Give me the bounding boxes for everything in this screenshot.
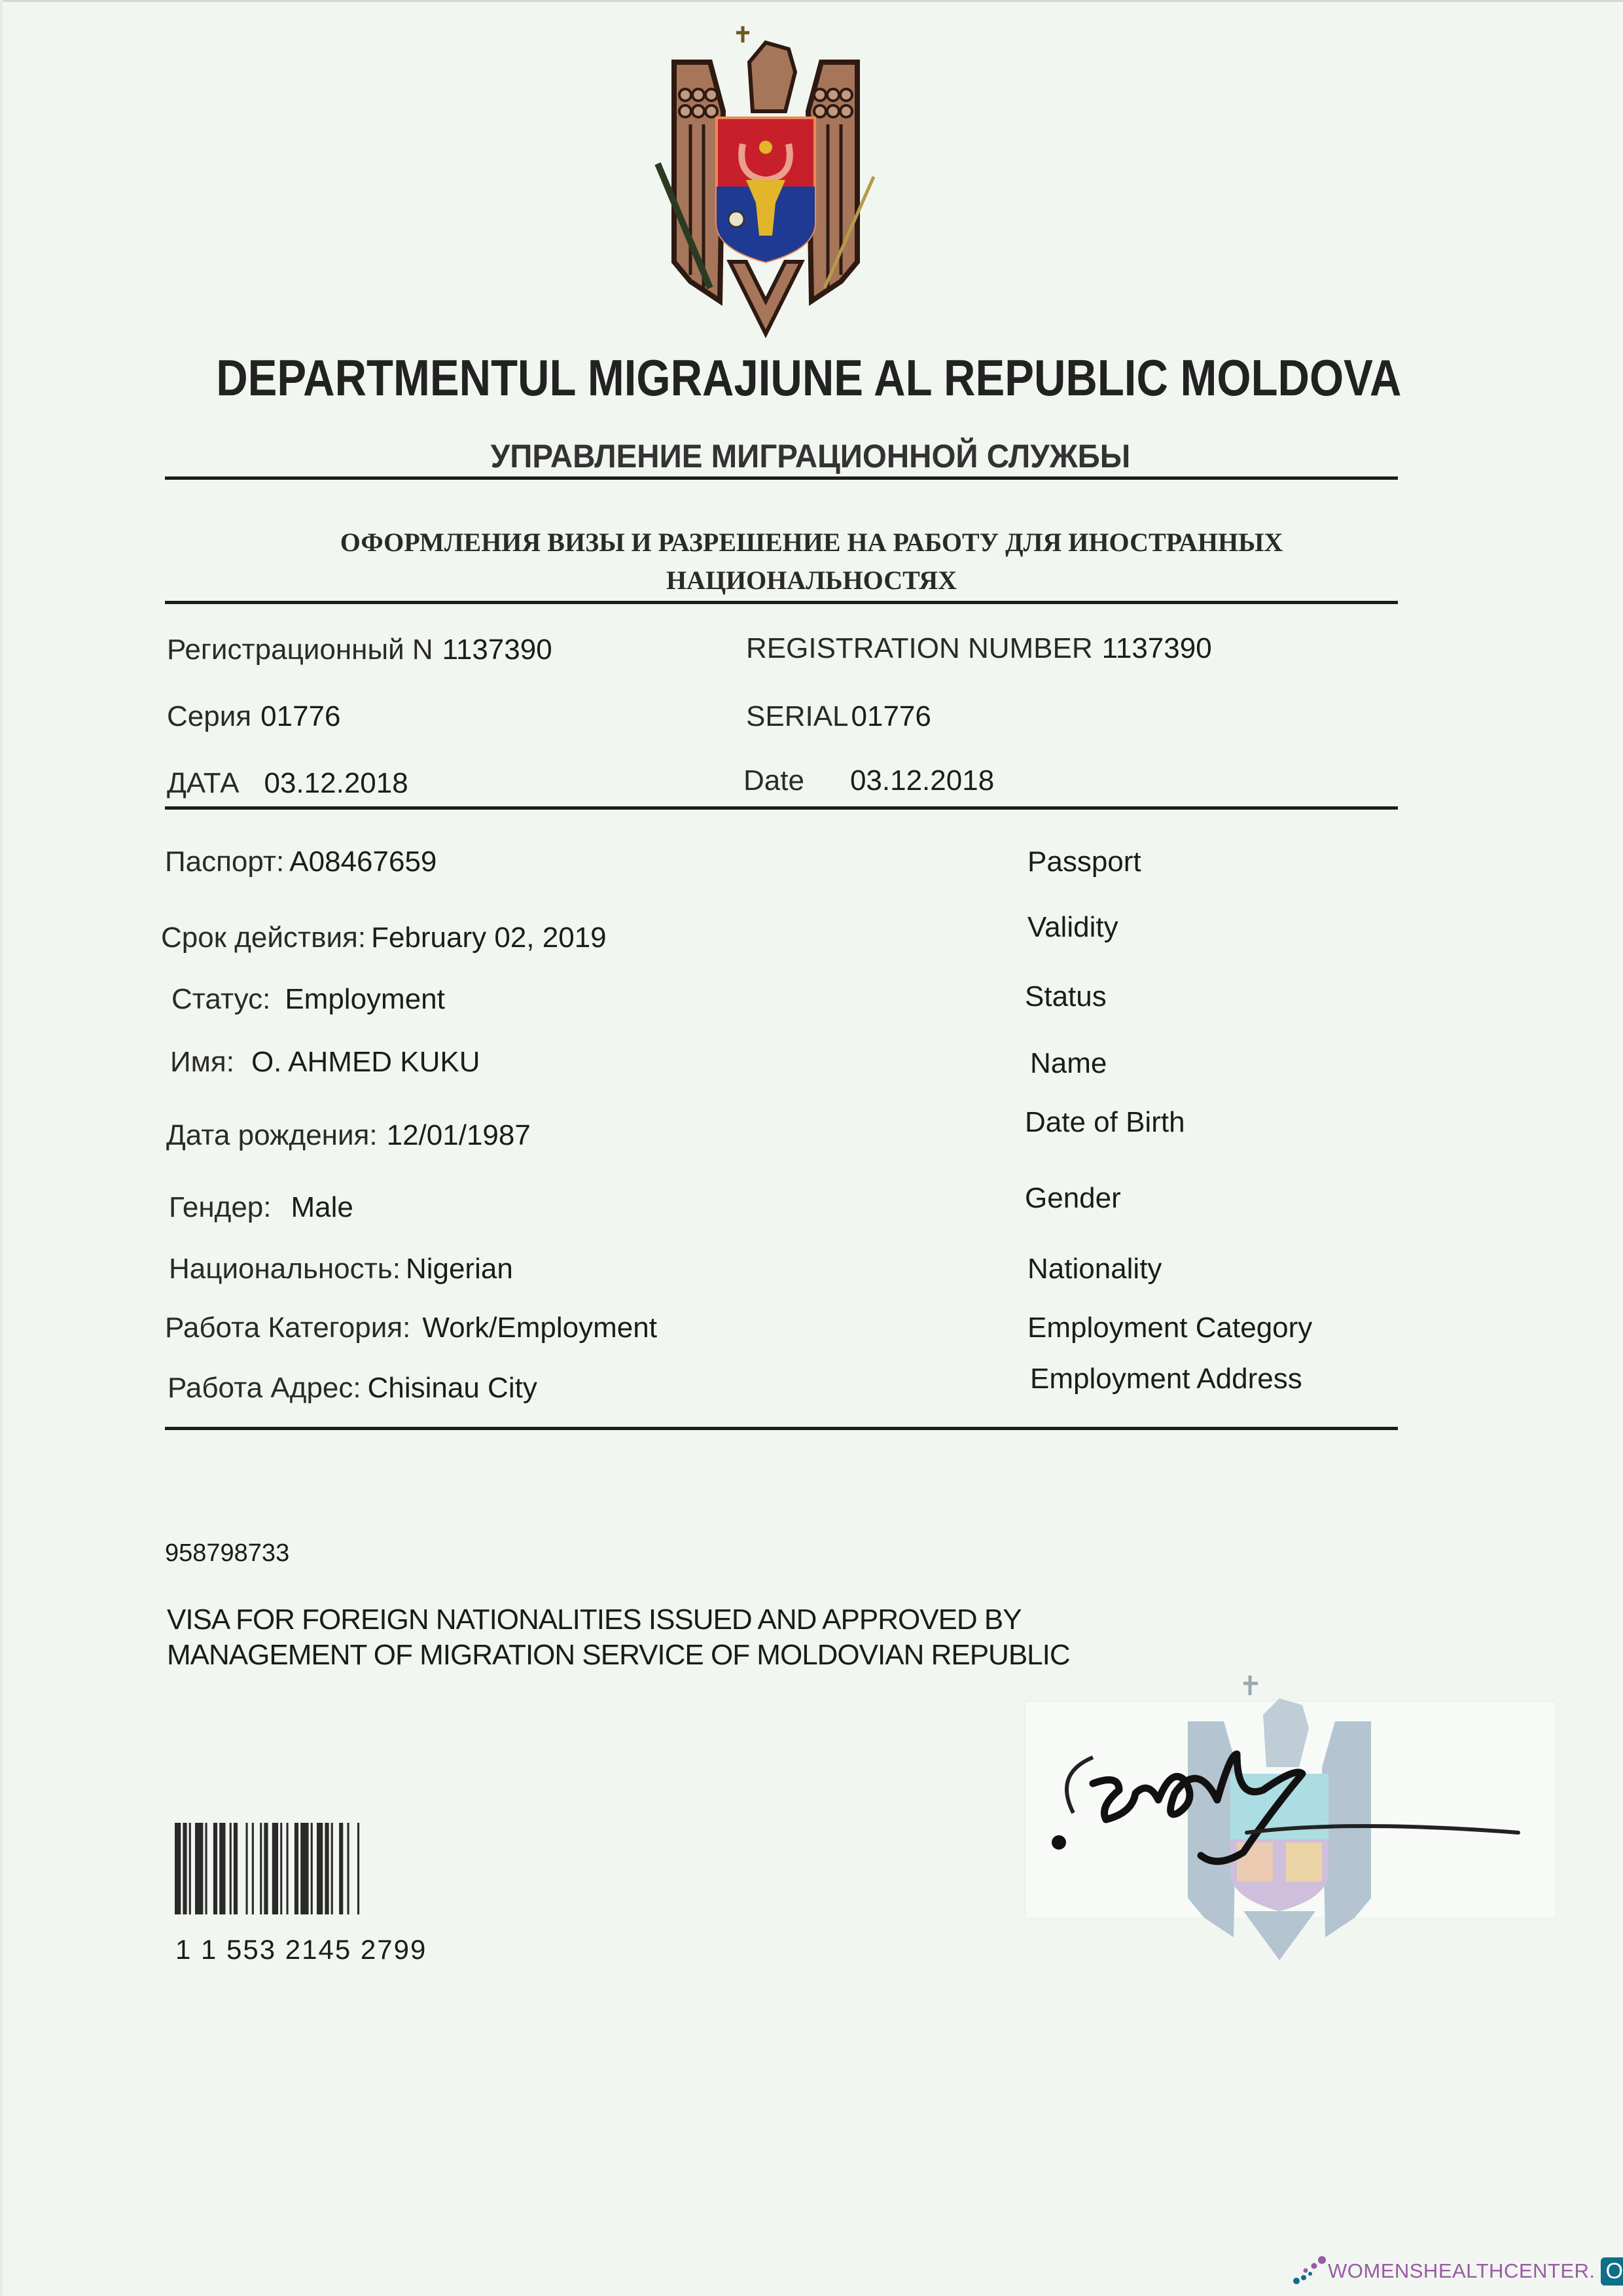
service-subtitle: УПРАВЛЕНИЕ МИГРАЦИОННОЙ СЛУЖБЫ [40,437,1582,475]
field-label: Работа Категория: [165,1312,410,1344]
page-edge [0,0,3,2296]
field-value: 03.12.2018 [850,764,994,797]
date-en: Date03.12.2018 [743,764,994,797]
registration-number-ru: Регистрационный N1137390 [167,634,552,666]
passport-field: Паспорт:A08467659 [165,846,437,878]
field-value: 01776 [260,700,340,732]
divider [165,601,1398,604]
field-value: Chisinau City [368,1372,537,1404]
field-value: Male [291,1191,353,1223]
field-value: 03.12.2018 [264,767,408,799]
date-of-birth-field: Дата рождения:12/01/1987 [166,1119,531,1152]
date-of-birth-label-en: Date of Birth [1025,1106,1185,1139]
divider [165,476,1398,480]
purpose-line: ОФОРМЛЕНИЯ ВИЗЫ И РАЗРЕШЕНИЕ НА РАБОТУ Д… [0,524,1623,562]
serial-ru: Серия01776 [167,700,340,733]
field-label: ДАТА [167,767,239,799]
field-label: Дата рождения: [166,1119,378,1151]
gender-field: Гендер:Male [169,1191,353,1224]
statement-line: MANAGEMENT OF MIGRATION SERVICE OF MOLDO… [167,1638,1070,1673]
watermark: WOMENSHEALTHCENTER. ORG [1293,2251,1623,2291]
dots-logo-icon [1293,2255,1327,2287]
field-value: 1137390 [442,634,552,666]
field-value: Nigerian [406,1253,513,1285]
signature-icon [1021,1728,1551,1878]
field-label: SERIAL [746,700,849,732]
field-label: Имя: [170,1046,234,1078]
validity-label-en: Validity [1027,911,1118,944]
employment-category-field: Работа Категория:Work/Employment [165,1312,657,1344]
divider [165,806,1398,810]
barcode-icon [173,1823,438,1914]
name-label-en: Name [1030,1047,1107,1080]
nationality-field: Национальность:Nigerian [169,1253,513,1285]
field-label: Паспорт: [165,846,284,878]
watermark-badge: ORG [1601,2257,1623,2286]
field-value: O. AHMED KUKU [251,1046,480,1078]
field-label: Статус: [171,983,270,1015]
moldova-coat-of-arms-icon [638,13,893,347]
registration-number-en: REGISTRATION NUMBER1137390 [746,632,1212,665]
purpose-heading: ОФОРМЛЕНИЯ ВИЗЫ И РАЗРЕШЕНИЕ НА РАБОТУ Д… [0,524,1623,600]
field-value: 1137390 [1102,632,1212,664]
field-label: Срок действия: [161,922,366,954]
field-label: Регистрационный N [167,634,433,666]
field-label: Гендер: [169,1191,272,1223]
statement-line: VISA FOR FOREIGN NATIONALITIES ISSUED AN… [167,1602,1070,1638]
barcode-number: 1 1 553 2145 2799 [175,1934,427,1965]
approval-statement: VISA FOR FOREIGN NATIONALITIES ISSUED AN… [167,1602,1070,1673]
field-label: Национальность: [169,1253,401,1285]
field-label: Серия [167,700,251,732]
status-label-en: Status [1025,980,1107,1013]
field-label: Работа Адрес: [168,1372,361,1404]
employment-address-label-en: Employment Address [1030,1363,1302,1395]
divider [165,1427,1398,1430]
serial-en: SERIAL01776 [746,700,931,733]
field-label: Date [743,764,804,797]
page-edge [0,0,1623,2]
date-ru: ДАТА03.12.2018 [167,767,408,800]
field-label: REGISTRATION NUMBER [746,632,1093,664]
department-title: DEPARTMENTUL MIGRAJIUNE AL REPUBLIC MOLD… [111,348,1507,408]
watermark-text: WOMENSHEALTHCENTER. [1328,2259,1596,2283]
nationality-label-en: Nationality [1027,1253,1162,1285]
reference-number: 958798733 [165,1539,289,1568]
passport-label-en: Passport [1027,846,1141,878]
field-value: Work/Employment [422,1312,657,1344]
purpose-line: НАЦИОНАЛЬНОСТЯХ [0,562,1623,600]
field-value: 12/01/1987 [387,1119,531,1151]
employment-address-field: Работа Адрес:Chisinau City [168,1372,537,1405]
gender-label-en: Gender [1025,1182,1121,1215]
field-value: 01776 [851,700,931,732]
validity-field: Срок действия:February 02, 2019 [161,922,607,954]
field-value: Employment [285,983,445,1015]
employment-category-label-en: Employment Category [1027,1312,1312,1344]
status-field: Статус:Employment [171,983,445,1016]
name-field: Имя:O. AHMED KUKU [170,1046,480,1079]
field-value: A08467659 [289,846,437,878]
field-value: February 02, 2019 [371,922,607,954]
